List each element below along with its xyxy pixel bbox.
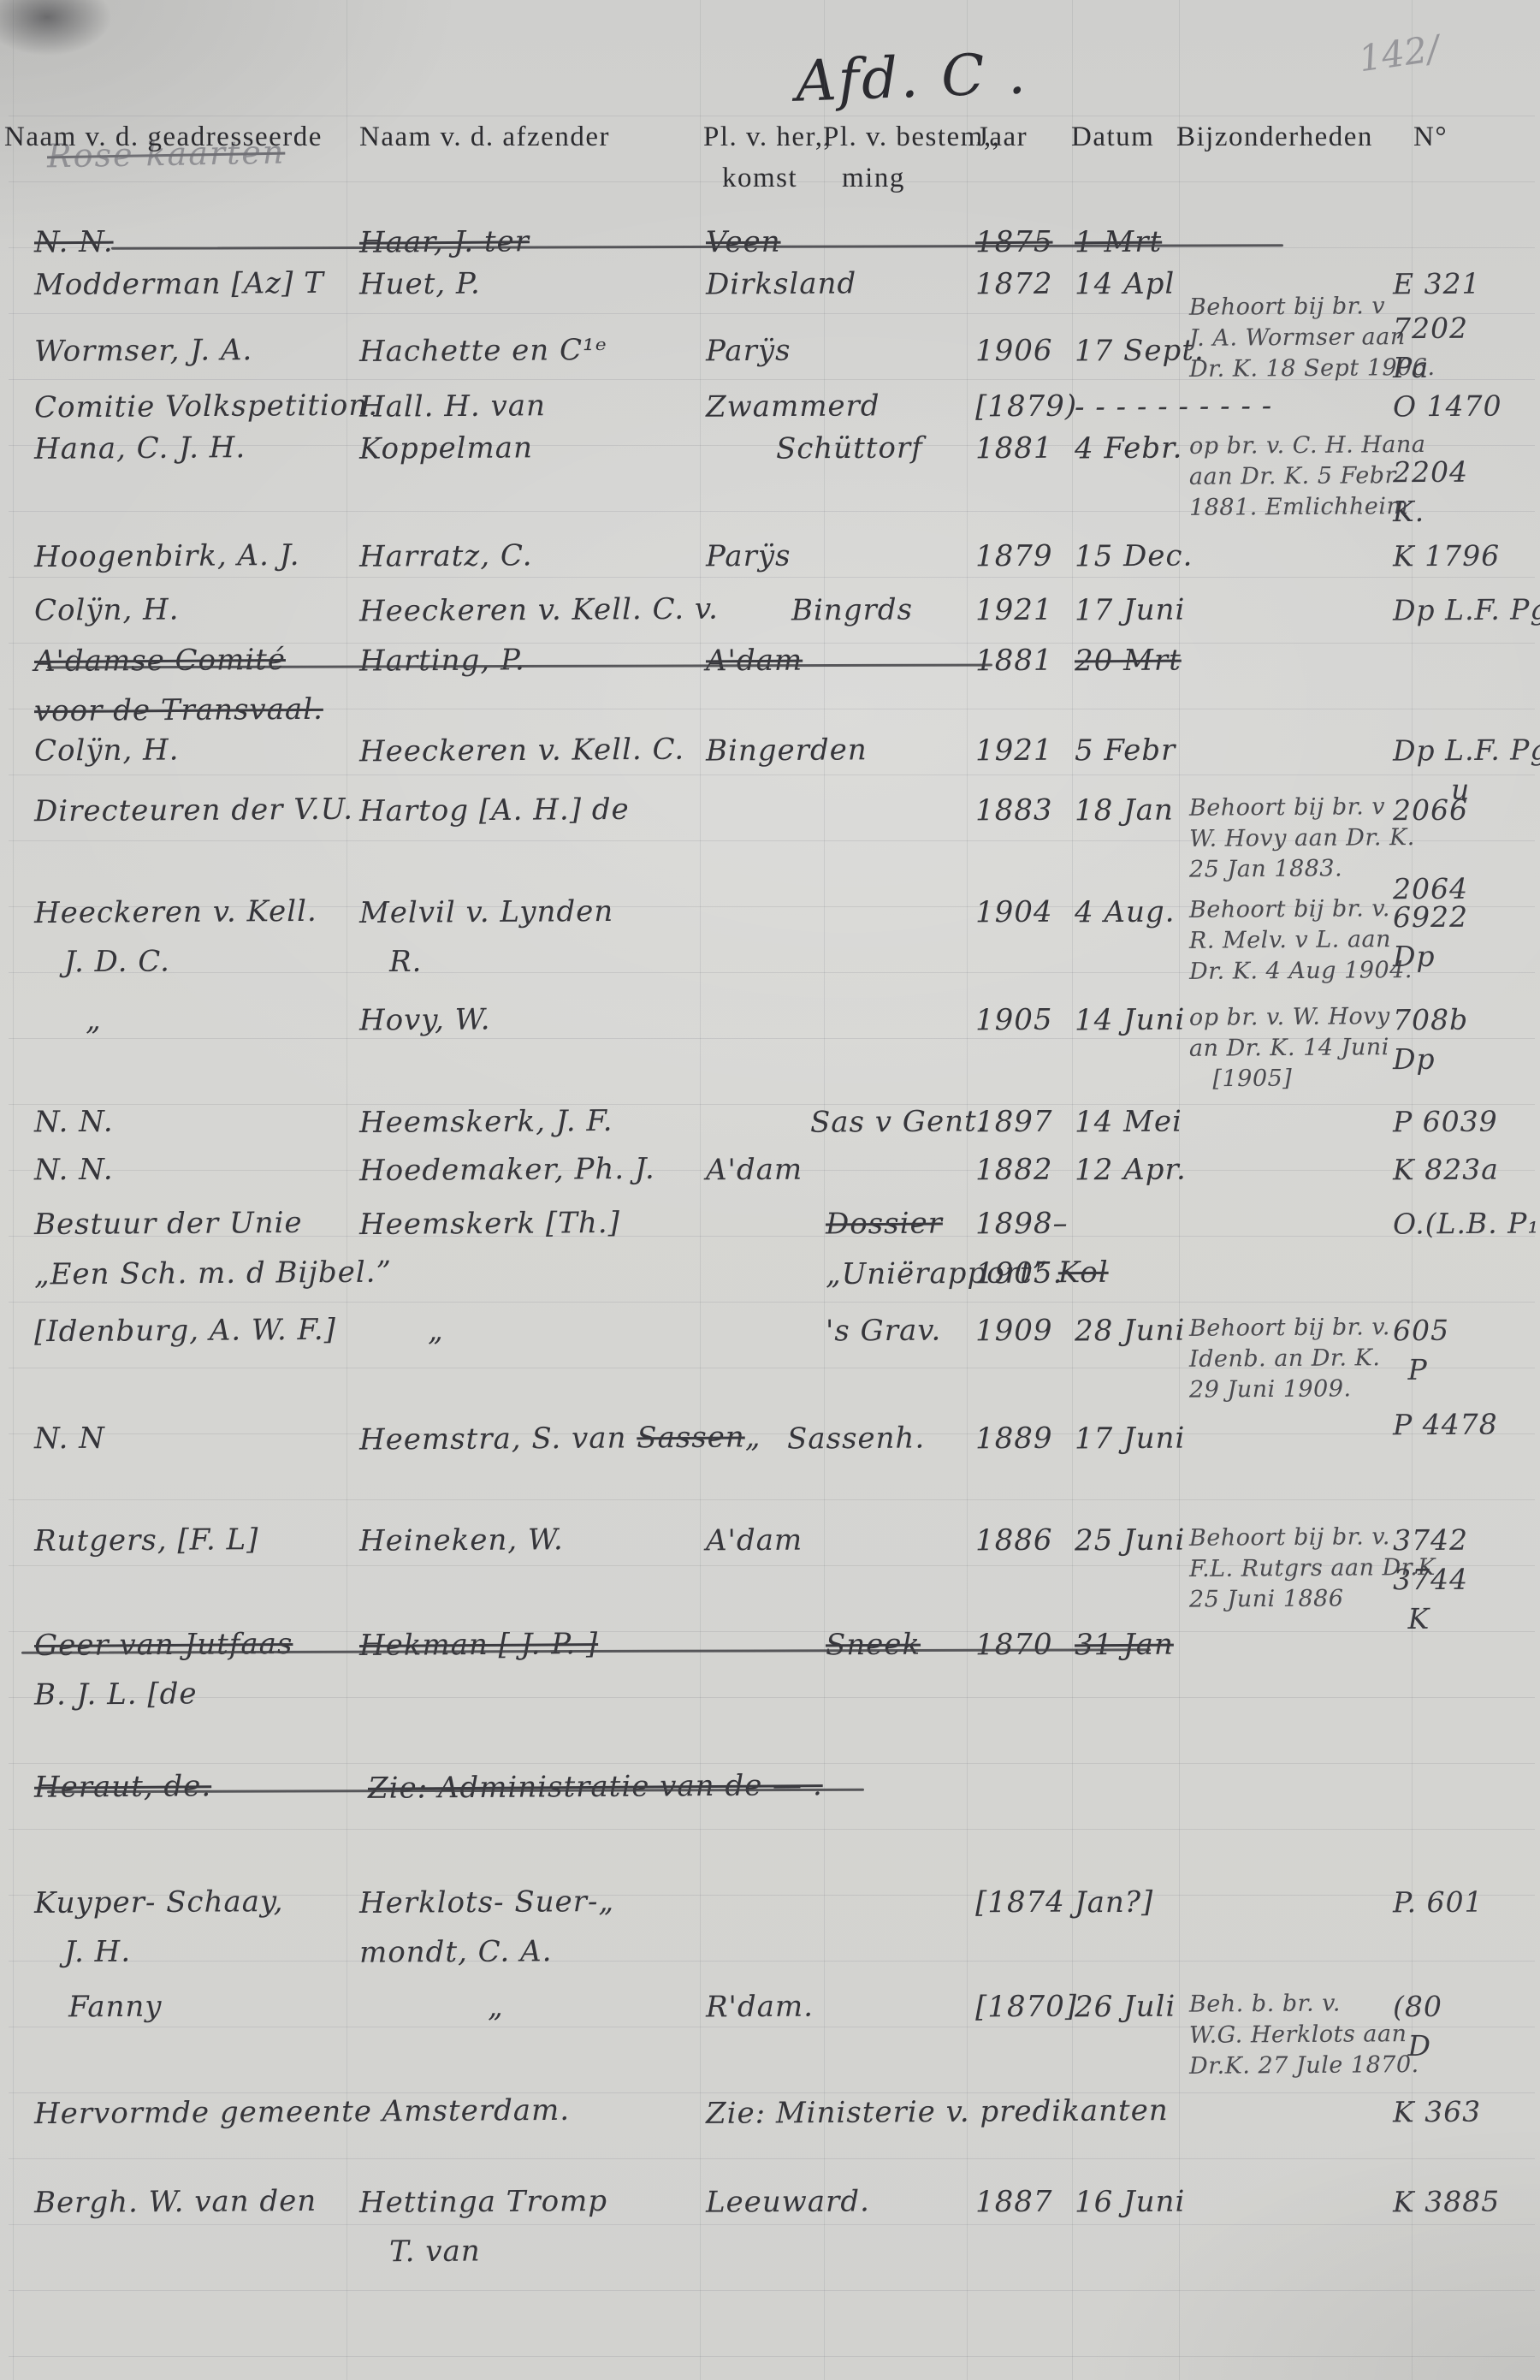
row-13-datum: 14 Mei (1075, 1107, 1182, 1137)
column-header-4-line2: ming (842, 163, 905, 194)
row-22-remark-line1: Beh. b. br. v. (1189, 1991, 1341, 2015)
entry-text: an Dr. K. 14 Juni (1189, 1034, 1389, 1062)
entry-text: R'dam. (706, 1990, 814, 2025)
entry-text: Dirksland (706, 266, 857, 301)
entry-text: Huet, P. (359, 267, 481, 302)
row-15-jaar-line1: 1898– (975, 1209, 1069, 1239)
row-22-jaar: [1870] (975, 1992, 1077, 2022)
row-3-no-line2: Pa (1393, 353, 1430, 382)
entry-text: „ (488, 1990, 504, 2024)
row-13-jaar: 1897 (975, 1107, 1053, 1137)
row-12-no-line1: 708b (1393, 1006, 1468, 1035)
row-24-no: K 3885 (1393, 2187, 1500, 2217)
entry-text: 17 Juni (1075, 593, 1186, 628)
row-16-bestemming: 's Grav. (826, 1316, 942, 1346)
entry-text: Zie: Ministerie v. predikanten (706, 2093, 1169, 2131)
grid-line (9, 1961, 1535, 1962)
row-19-jaar: 1870 (975, 1630, 1053, 1660)
struck-text: Hekman [ J. P. ] (359, 1627, 598, 1663)
entry-text: O 1470 (1393, 389, 1502, 424)
entry-text: Directeuren der V.U. (34, 792, 353, 829)
entry-text: N. N. (34, 1153, 114, 1188)
row-21-addressee-line2: J. H. (34, 1938, 131, 1968)
entry-text: 1872 (975, 267, 1053, 302)
entry-text: Kuyper- Schaay, (34, 1884, 284, 1920)
entry-text: Leeuward. (706, 2184, 870, 2219)
entry-text: Heemstra, S. van (359, 1421, 637, 1457)
row-15-addressee-line2: „Een Sch. m. d Bijbel.” (34, 1258, 392, 1290)
entry-text: Dp (1393, 1042, 1436, 1076)
row-16-addressee: [Idenburg, A. W. F.] (34, 1315, 336, 1346)
row-11-sender-line1: Melvil v. Lynden (359, 897, 613, 928)
entry-text: Parÿs (706, 539, 791, 574)
entry-text: K 1796 (1393, 539, 1500, 573)
row-10-sender: Hartog [A. H.] de (359, 795, 630, 826)
entry-text: 1897 (975, 1105, 1053, 1140)
entry-text: Melvil v. Lynden (359, 894, 614, 930)
row-2-jaar: 1872 (975, 270, 1053, 300)
entry-text: Hoogenbirk, A. J. (34, 538, 300, 574)
entry-text: 1889 (975, 1421, 1053, 1457)
row-3-jaar: 1906 (975, 336, 1053, 366)
entry-text: 2204 (1393, 455, 1468, 490)
grid-line (967, 0, 968, 2380)
row-21-no: P. 601 (1393, 1888, 1484, 1917)
row-14-no: K 823a (1393, 1155, 1499, 1184)
grid-line (9, 1104, 1535, 1105)
row-11-no-line2: Dp (1393, 942, 1436, 970)
entry-text: Wormser, J. A. (34, 333, 253, 369)
entry-text: Hoedemaker, Ph. J. (359, 1152, 655, 1188)
entry-text: 18 Jan (1075, 793, 1174, 828)
row-15-bestemming-line1: Dossier (826, 1209, 943, 1239)
row-5-remark-line3: 1881. Emlichheim (1189, 495, 1409, 519)
struck-text: Sassen (637, 1420, 745, 1455)
row-5-no-line1: 2204 (1393, 458, 1468, 487)
row-4-jaar: [1879) (975, 392, 1077, 422)
row-6-datum: 15 Dec. (1075, 542, 1193, 572)
row-15-sender: Heemskerk [Th.] (359, 1208, 620, 1239)
entry-text: op br. v. W. Hovy (1189, 1003, 1390, 1031)
row-15-jaar-line2: 1905. (975, 1259, 1063, 1289)
row-6-no: K 1796 (1393, 542, 1500, 571)
row-9-no-line1: Dp L.F. Pg (1393, 735, 1540, 764)
entry-text: Pa (1393, 351, 1430, 384)
row-9-datum: 5 Febr (1075, 736, 1176, 766)
row-19-addressee-line1: Geer van Jutfaas (34, 1629, 293, 1660)
entry-text: Herklots- Suer-„ (359, 1884, 614, 1920)
row-13-sender: Heemskerk, J. F. (359, 1107, 613, 1137)
entry-text: Harratz, C. (359, 538, 533, 573)
row-24-herkomst: Leeuward. (706, 2187, 870, 2217)
entry-text: O.(L.B. P₁₀ (1393, 1206, 1540, 1240)
entry-text: 15 Dec. (1075, 539, 1193, 574)
row-11-remark-line1: Behoort bij br. v. (1189, 897, 1390, 922)
row-12-remark-line2: an Dr. K. 14 Juni (1189, 1036, 1389, 1060)
struck-text: voor de Transvaal. (34, 692, 323, 728)
entry-text: „Een Sch. m. d Bijbel.” (34, 1255, 392, 1292)
entry-text: Behoort bij br. v (1189, 793, 1385, 822)
entry-text: 28 Juni (1075, 1314, 1186, 1349)
entry-text: 1909 (975, 1314, 1053, 1349)
grid-line (824, 0, 825, 2380)
row-15-bestemming-line2: „Uniërapport” Kol (826, 1258, 1109, 1289)
row-4-sender: Hall. H. van (359, 391, 546, 422)
row-14-sender: Hoedemaker, Ph. J. (359, 1154, 655, 1185)
row-18-no-line2: 3744 (1393, 1565, 1468, 1594)
row-5-remark-line2: aan Dr. K. 5 Febr (1189, 464, 1396, 489)
grid-line (9, 1499, 1535, 1500)
row-18-no-line3: K (1393, 1605, 1430, 1633)
entry-text: [1905] (1189, 1065, 1292, 1093)
row-8-jaar: 1881 (975, 646, 1053, 676)
row-19-bestemming: Sneek (826, 1630, 921, 1660)
entry-text: op br. v. C. H. Hana (1189, 431, 1426, 460)
entry-text: Hovy, W. (359, 1002, 491, 1037)
entry-text: Behoort bij br. v. (1189, 895, 1390, 923)
entry-text: 5 Febr (1075, 733, 1176, 769)
row-2-herkomst: Dirksland (706, 269, 856, 299)
row-22-herkomst: R'dam. (706, 1992, 814, 2022)
row-13-addressee: N. N. (34, 1107, 114, 1137)
row-8-addressee-line1: A'damse Comité (34, 645, 286, 676)
entry-text: K. (1393, 495, 1424, 528)
entry-text: A'dam (706, 1153, 803, 1188)
entry-text: P. 601 (1393, 1885, 1484, 1920)
row-19-sender: Hekman [ J. P. ] (359, 1629, 598, 1660)
entry-text: 7202 (1393, 312, 1468, 346)
entry-text: Modderman [Az] T (34, 266, 324, 302)
row-5-no-line2: K. (1393, 497, 1424, 525)
struck-text: 31 Jan (1075, 1628, 1174, 1663)
entry-text: Schüttorf (776, 430, 923, 466)
row-4-addressee: Comitie Volkspetition. (34, 391, 378, 423)
row-11-no-line1: 6922 (1393, 903, 1468, 932)
row-2-datum: 14 Apl (1075, 270, 1176, 300)
row-22-remark-line3: Dr.K. 27 Jule 1870. (1189, 2053, 1419, 2078)
entry-text: 14 Juni (1075, 1003, 1186, 1038)
row-17-jaar: 1889 (975, 1424, 1053, 1454)
row-9-sender: Heeckeren v. Kell. C. (359, 735, 684, 767)
row-8-datum: 20 Mrt (1075, 646, 1182, 676)
row-5-datum: 4 Febr. (1075, 434, 1183, 464)
entry-text: 14 Apl (1075, 267, 1176, 302)
row-7-sender: Heeckeren v. Kell. C. v. (359, 595, 719, 626)
row-12-remark-line1: op br. v. W. Hovy (1189, 1005, 1390, 1030)
row-4-datum: - - - - - - - - - - (1075, 391, 1272, 422)
row-18-herkomst: A'dam (706, 1526, 803, 1556)
row-11-addressee-line1: Heeckeren v. Kell. (34, 897, 317, 928)
entry-text: Harting, P. (359, 643, 525, 678)
entry-text: Fanny (68, 1990, 163, 2025)
row-6-jaar: 1879 (975, 542, 1053, 572)
entry-text: 1887 (975, 2185, 1053, 2220)
row-1-sender: Haar, J. ter (359, 227, 530, 257)
entry-text: 16 Juni (1075, 2185, 1186, 2220)
page-number: 142/ (1356, 27, 1442, 80)
entry-text: Dp L.F. Pg (1393, 733, 1540, 767)
entry-text: Heemskerk, J. F. (359, 1104, 613, 1140)
entry-text: 605 (1393, 1314, 1449, 1347)
struck-text: A'damse Comité (34, 643, 286, 679)
row-3-datum: 17 Sept. (1075, 335, 1205, 365)
entry-text: Behoort bij br. v. (1189, 1314, 1390, 1342)
row-18-jaar: 1886 (975, 1526, 1053, 1556)
column-header-2: Naam v. d. afzender (359, 122, 610, 153)
row-17-sender: Heemstra, S. van Sassen„ (359, 1422, 761, 1454)
row-5-addressee: Hana, C. J. H. (34, 433, 246, 464)
entry-text: Parÿs (706, 334, 791, 369)
struck-text: Dossier (826, 1207, 943, 1242)
struck-text: 1875 (975, 225, 1053, 260)
struck-text: A'dam (706, 644, 803, 679)
row-3-remark-line2: J. A. Wormser aan (1189, 325, 1406, 350)
entry-text: 29 Juni 1909. (1189, 1375, 1352, 1403)
entry-text: 3742 (1393, 1523, 1468, 1558)
row-7-datum: 17 Juni (1075, 596, 1186, 626)
entry-text: Hana, C. J. H. (34, 430, 246, 466)
row-24-sender-line1: Hettinga Tromp (359, 2187, 607, 2217)
entry-text: Heeckeren v. Kell. (34, 894, 317, 930)
row-19-addressee-line2: B. J. L. [de (34, 1679, 198, 1709)
row-21-addressee-line1: Kuyper- Schaay, (34, 1887, 284, 1918)
entry-text: W.G. Herklots aan (1189, 2021, 1407, 2049)
row-14-herkomst: A'dam (706, 1155, 803, 1185)
entry-text: Colÿn, H. (34, 733, 180, 768)
row-12-sender: Hovy, W. (359, 1005, 491, 1035)
entry-text: Zwammerd (706, 389, 880, 424)
entry-text: A'dam (706, 1523, 803, 1558)
entry-text: 1921 (975, 593, 1053, 628)
column-header-4: Pl. v. bestem,, (823, 122, 1000, 153)
grid-line (9, 2356, 1535, 2357)
row-11-datum: 4 Aug. (1075, 898, 1176, 928)
grid-line (9, 1829, 1535, 1830)
row-18-addressee: Rutgers, [F. L] (34, 1525, 259, 1556)
row-14-jaar: 1882 (975, 1155, 1053, 1185)
entry-text: E 321 (1393, 267, 1481, 301)
grid-line (9, 1697, 1535, 1698)
row-10-remark-line1: Behoort bij br. v (1189, 795, 1385, 820)
row-24-datum: 16 Juni (1075, 2187, 1186, 2217)
entry-text: Dp (1393, 940, 1436, 973)
grid-line (9, 2224, 1535, 2225)
row-22-datum: 26 Juli (1075, 1992, 1176, 2022)
entry-text: 17 Sept. (1075, 333, 1205, 368)
row-18-datum: 25 Juni (1075, 1526, 1186, 1556)
entry-text: Hall. H. van (359, 389, 546, 424)
column-header-5: Jaar (977, 122, 1028, 153)
column-header-3: Pl. v. her,, (703, 122, 832, 153)
row-21-sender-line1: Herklots- Suer-„ (359, 1887, 614, 1918)
entry-text: Dp L.F. Pg (1393, 592, 1540, 626)
entry-text: Heemskerk [Th.] (359, 1206, 620, 1242)
entry-text: 1886 (975, 1523, 1053, 1558)
row-15-addressee-line1: Bestuur der Unie (34, 1208, 303, 1239)
row-17-addressee: N. N (34, 1424, 105, 1454)
entry-text: N. N. (34, 1105, 114, 1140)
row-21-jaar: [1874 (975, 1888, 1065, 1918)
column-header-6: Datum (1071, 122, 1154, 153)
grid-line (9, 116, 1535, 116)
entry-text: K 3885 (1393, 2185, 1500, 2219)
row-18-sender: Heineken, W. (359, 1525, 564, 1556)
row-3-herkomst: Parÿs (706, 336, 791, 366)
entry-text: 1905. (975, 1256, 1063, 1291)
entry-text: „ (745, 1420, 761, 1454)
entry-text: (80 (1393, 1990, 1442, 2023)
row-3-remark-line1: Behoort bij br. v (1189, 294, 1385, 319)
row-11-remark-line3: Dr. K. 4 Aug 1904. (1189, 959, 1413, 983)
entry-text: 26 Juli (1075, 1990, 1176, 2025)
row-4-no: O 1470 (1393, 392, 1502, 421)
row-8-sender: Harting, P. (359, 645, 525, 675)
struck-text: Geer van Jutfaas (34, 1627, 293, 1663)
entry-text: 1881 (975, 644, 1053, 679)
entry-text: [Idenburg, A. W. F.] (34, 1313, 336, 1349)
row-16-remark-line3: 29 Juni 1909. (1189, 1377, 1352, 1401)
row-16-no-line2: P (1393, 1356, 1428, 1384)
row-9-herkomst: Bingerden (706, 735, 868, 765)
row-14-addressee: N. N. (34, 1155, 114, 1185)
row-10-no-line3: 2064 (1393, 875, 1468, 904)
entry-text: Rutgers, [F. L] (34, 1522, 259, 1558)
grid-line (9, 1433, 1535, 1434)
row-1-datum: 1 Mrt (1075, 228, 1162, 258)
column-header-7: Bijzonderheden (1176, 122, 1373, 153)
entry-text: Koppelman (359, 430, 533, 466)
row-7-bestemming: Bingrds (791, 596, 913, 626)
page-title: Afd. C . (795, 40, 1029, 114)
entry-text: [1879) (975, 389, 1077, 424)
column-header-8: N° (1413, 122, 1448, 153)
row-11-sender-line2: R. (359, 947, 423, 977)
entry-text: J. A. Wormser aan (1189, 323, 1406, 352)
row-10-remark-line3: 25 Jan 1883. (1189, 857, 1342, 881)
row-6-addressee: Hoogenbirk, A. J. (34, 541, 300, 572)
row-14-datum: 12 Apr. (1075, 1155, 1187, 1185)
entry-text: Hervormde gemeente Amsterdam. (34, 2093, 570, 2131)
row-17-datum: 17 Juni (1075, 1424, 1186, 1454)
row-17-no: P 4478 (1393, 1410, 1498, 1439)
struck-text: Sneek (826, 1628, 921, 1663)
row-11-remark-line2: R. Melv. v L. aan (1189, 928, 1391, 953)
entry-text: [1870] (975, 1990, 1077, 2025)
row-21-sender-line2: mondt, C. A. (359, 1937, 553, 1968)
entry-text: 1881. Emlichheim (1189, 493, 1409, 521)
row-2-no: E 321 (1393, 270, 1481, 299)
struck-text: Heraut, de. (34, 1769, 211, 1804)
row-7-jaar: 1921 (975, 596, 1053, 626)
entry-text: Bingerden (706, 733, 868, 768)
entry-text: Idenb. an Dr. K. (1189, 1344, 1381, 1373)
entry-text: K 823a (1393, 1153, 1499, 1187)
struck-text: Haar, J. ter (359, 224, 530, 259)
grid-line (9, 577, 1535, 578)
entry-text: aan Dr. K. 5 Febr (1189, 462, 1396, 490)
entry-text: 25 Juni (1075, 1523, 1186, 1558)
row-12-no-line2: Dp (1393, 1045, 1436, 1073)
entry-text: Colÿn, H. (34, 592, 180, 627)
row-10-jaar: 1883 (975, 796, 1053, 826)
grid-line (9, 1763, 1535, 1764)
entry-text: K (1393, 1602, 1430, 1635)
row-10-no-line1: 2066 (1393, 796, 1468, 825)
row-5-bestemming: Schüttorf (776, 433, 923, 463)
row-12-addressee: „ (86, 1006, 102, 1035)
entry-text: Behoort bij br. v (1189, 293, 1385, 321)
row-1-herkomst: Veen (706, 228, 781, 258)
row-3-addressee: Wormser, J. A. (34, 335, 253, 366)
grid-line (9, 1302, 1535, 1303)
row-18-remark-line1: Behoort bij br. v. (1189, 1525, 1390, 1550)
grid-line (9, 2158, 1535, 2159)
entry-text: 3744 (1393, 1563, 1468, 1597)
row-22-sender: „ (488, 1992, 504, 2021)
row-18-remark-line3: 25 Juni 1886 (1189, 1587, 1344, 1611)
entry-text: Hettinga Tromp (359, 2184, 607, 2220)
row-11-jaar: 1904 (975, 898, 1053, 928)
entry-text: Dr. K. 4 Aug 1904. (1189, 957, 1413, 985)
entry-text: 1882 (975, 1153, 1053, 1188)
entry-text: 1921 (975, 733, 1053, 769)
entry-text: 1883 (975, 793, 1053, 828)
entry-text: 1906 (975, 334, 1053, 369)
row-1-jaar: 1875 (975, 228, 1053, 258)
row-6-sender: Harratz, C. (359, 541, 533, 571)
row-19-datum: 31 Jan (1075, 1630, 1174, 1660)
row-20-addressee: Heraut, de. (34, 1772, 211, 1801)
entry-text: 17 Juni (1075, 1421, 1186, 1457)
entry-text: Beh. b. br. v. (1189, 1990, 1341, 2017)
row-21-datum: Jan?] (1075, 1888, 1154, 1918)
row-11-addressee-line2: J. D. C. (34, 947, 170, 976)
entry-text: 6922 (1393, 900, 1468, 935)
entry-text: R. (359, 945, 423, 980)
row-6-herkomst: Parÿs (706, 542, 791, 572)
struck-text: N. N. (34, 225, 114, 260)
entry-text: 708b (1393, 1003, 1468, 1037)
entry-text: P 6039 (1393, 1105, 1498, 1139)
grid-line (9, 2092, 1535, 2093)
entry-text: Bingrds (791, 593, 913, 628)
entry-text: Sas v Gent. (810, 1104, 987, 1139)
grid-line (346, 0, 347, 2380)
row-5-sender: Koppelman (359, 433, 533, 463)
entry-text: 25 Jan 1883. (1189, 855, 1342, 882)
row-13-bestemming: Sas v Gent. (810, 1107, 987, 1137)
entry-text: Bestuur der Unie (34, 1206, 303, 1242)
entry-text: 1904 (975, 895, 1053, 930)
grid-line (700, 0, 701, 2380)
row-24-jaar: 1887 (975, 2187, 1053, 2217)
entry-text: 4 Aug. (1075, 895, 1176, 930)
row-16-jaar: 1909 (975, 1316, 1053, 1346)
row-9-addressee: Colÿn, H. (34, 735, 180, 765)
row-3-no-line1: 7202 (1393, 314, 1468, 343)
row-12-remark-line3: [1905] (1189, 1067, 1292, 1091)
row-16-datum: 28 Juni (1075, 1316, 1186, 1346)
row-5-jaar: 1881 (975, 434, 1053, 464)
row-12-datum: 14 Juni (1075, 1006, 1186, 1036)
entry-text: 25 Juni 1886 (1189, 1585, 1344, 1612)
entry-text: T. van (359, 2235, 481, 2270)
entry-text: N. N (34, 1421, 105, 1457)
ledger-page: Afd. C . 142/ Rose kaarten Naam v. d. ge… (0, 0, 1540, 2380)
row-22-no-line2: D (1393, 2032, 1431, 2060)
row-22-no-line1: (80 (1393, 1992, 1442, 2021)
row-22-addressee: Fanny (68, 1992, 163, 2022)
